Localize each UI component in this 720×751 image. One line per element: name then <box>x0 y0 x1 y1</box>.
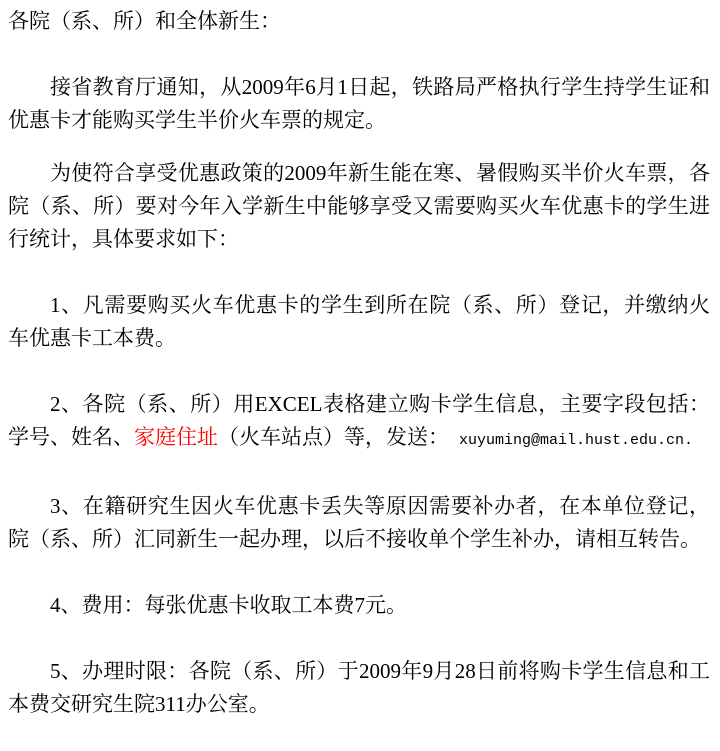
list-item-2-middle-text: （火车站点）等，发送： <box>218 425 449 449</box>
list-item-5: 5、办理时限：各院（系、所）于2009年9月28日前将购卡学生信息和工本费交研究… <box>8 655 710 721</box>
list-item-2: 2、各院（系、所）用EXCEL表格建立购卡学生信息，主要字段包括：学号、姓名、家… <box>8 388 710 457</box>
salutation-line: 各院（系、所）和全体新生： <box>8 5 710 38</box>
contact-email-address: xuyuming@mail.hust.edu.cn. <box>459 432 693 449</box>
list-item-3: 3、在籍研究生因火车优惠卡丢失等原因需要补办者，在本单位登记，院（系、所）汇同新… <box>8 490 710 556</box>
intro-paragraph-2: 为使符合享受优惠政策的2009年新生能在寒、暑假购买半价火车票，各院（系、所）要… <box>8 157 710 256</box>
list-item-1: 1、凡需要购买火车优惠卡的学生到所在院（系、所）登记，并缴纳火车优惠卡工本费。 <box>8 289 710 355</box>
intro-paragraph-1: 接省教育厅通知，从2009年6月1日起，铁路局严格执行学生持学生证和优惠卡才能购… <box>8 71 710 137</box>
notice-document: 各院（系、所）和全体新生： 接省教育厅通知，从2009年6月1日起，铁路局严格执… <box>0 0 720 751</box>
list-item-2-highlight-home-address: 家庭住址 <box>134 425 218 449</box>
list-item-4: 4、费用：每张优惠卡收取工本费7元。 <box>8 589 710 622</box>
